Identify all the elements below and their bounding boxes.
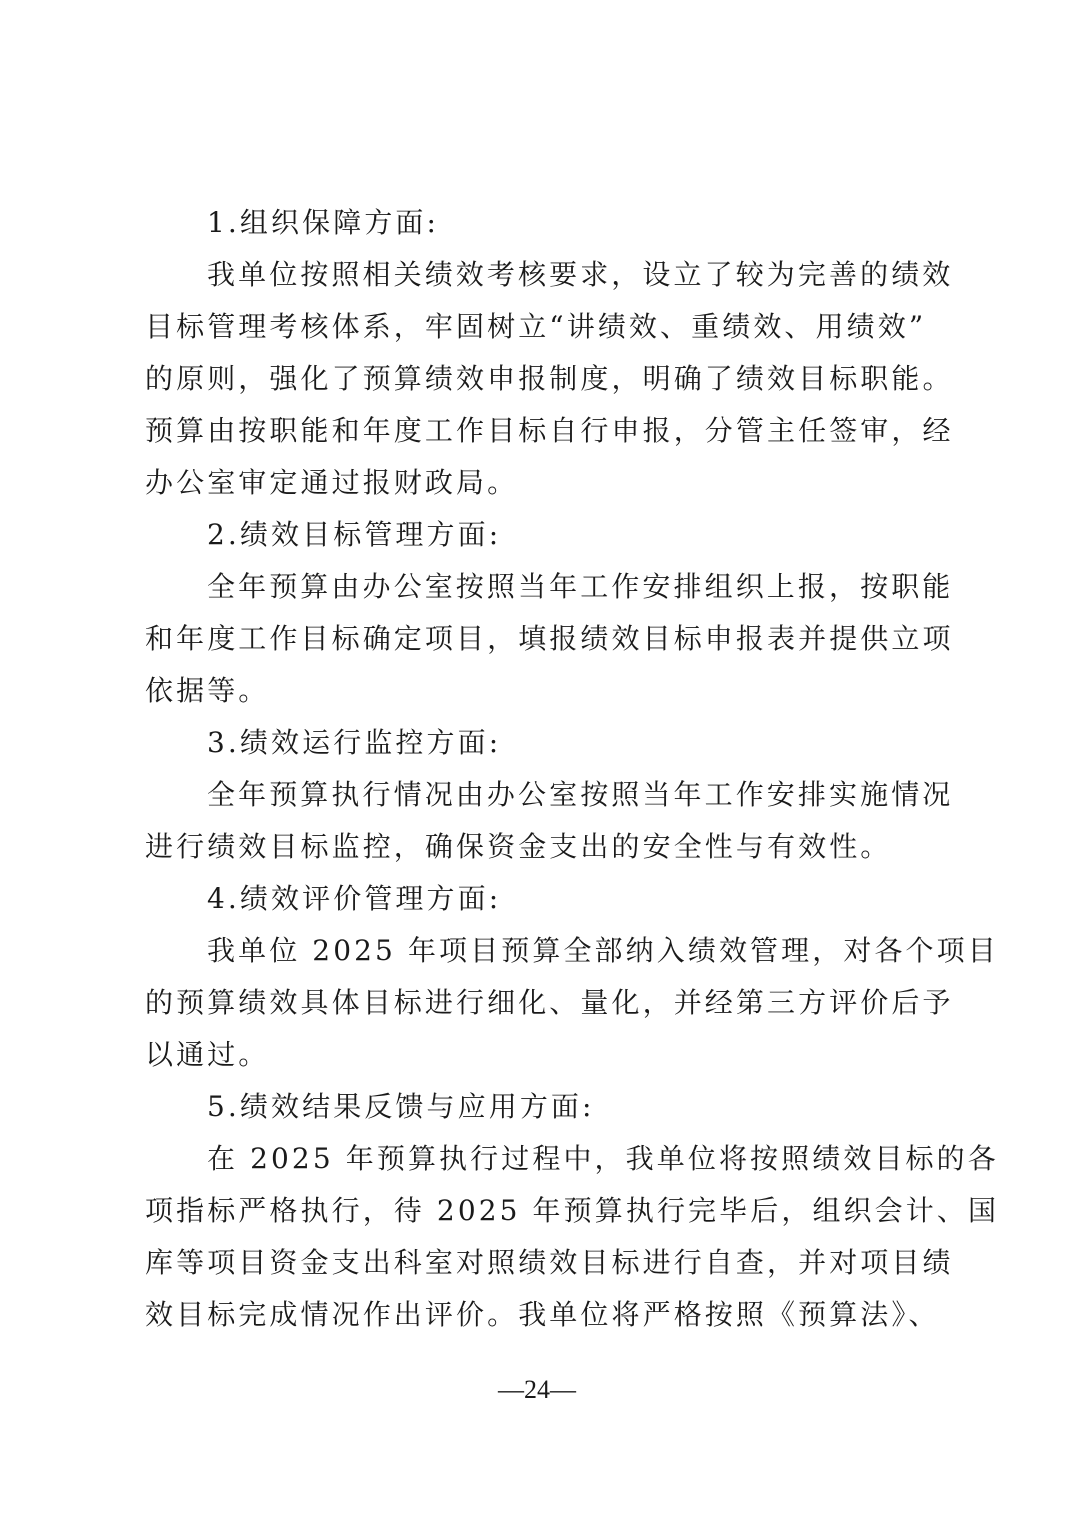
paragraph-line: 和年度工作目标确定项目，填报绩效目标申报表并提供立项 xyxy=(145,613,945,665)
paragraph-line: 在 2025 年预算执行过程中，我单位将按照绩效目标的各 xyxy=(145,1133,945,1185)
paragraph-line: 库等项目资金支出科室对照绩效目标进行自查，并对项目绩 xyxy=(145,1237,945,1289)
paragraph-line: 我单位按照相关绩效考核要求，设立了较为完善的绩效 xyxy=(145,249,945,301)
page-number: —24— xyxy=(0,1370,1074,1410)
paragraph-line: 的预算绩效具体目标进行细化、量化，并经第三方评价后予 xyxy=(145,977,945,1029)
section-heading-monitoring: 3.绩效运行监控方面: xyxy=(145,717,945,769)
paragraph-line: 我单位 2025 年项目预算全部纳入绩效管理，对各个项目 xyxy=(145,925,945,977)
section-heading-organization: 1.组织保障方面: xyxy=(145,197,945,249)
paragraph-line: 全年预算执行情况由办公室按照当年工作安排实施情况 xyxy=(145,769,945,821)
paragraph-line: 效目标完成情况作出评价。我单位将严格按照《预算法》、 xyxy=(145,1289,945,1341)
section-heading-evaluation: 4.绩效评价管理方面: xyxy=(145,873,945,925)
paragraph-line: 目标管理考核体系，牢固树立“讲绩效、重绩效、用绩效” xyxy=(145,301,945,353)
section-heading-target-management: 2.绩效目标管理方面: xyxy=(145,509,945,561)
paragraph-line: 项指标严格执行，待 2025 年预算执行完毕后，组织会计、国 xyxy=(145,1185,945,1237)
paragraph-line: 进行绩效目标监控，确保资金支出的安全性与有效性。 xyxy=(145,821,945,873)
paragraph-line: 办公室审定通过报财政局。 xyxy=(145,457,945,509)
paragraph-line: 预算由按职能和年度工作目标自行申报，分管主任签审，经 xyxy=(145,405,945,457)
paragraph-line: 全年预算由办公室按照当年工作安排组织上报，按职能 xyxy=(145,561,945,613)
paragraph-line: 的原则，强化了预算绩效申报制度，明确了绩效目标职能。 xyxy=(145,353,945,405)
document-page: 1.组织保障方面: 我单位按照相关绩效考核要求，设立了较为完善的绩效 目标管理考… xyxy=(0,0,1074,1520)
paragraph-line: 依据等。 xyxy=(145,665,945,717)
body-text: 1.组织保障方面: 我单位按照相关绩效考核要求，设立了较为完善的绩效 目标管理考… xyxy=(145,197,945,1341)
section-heading-feedback: 5.绩效结果反馈与应用方面: xyxy=(145,1081,945,1133)
paragraph-line: 以通过。 xyxy=(145,1029,945,1081)
